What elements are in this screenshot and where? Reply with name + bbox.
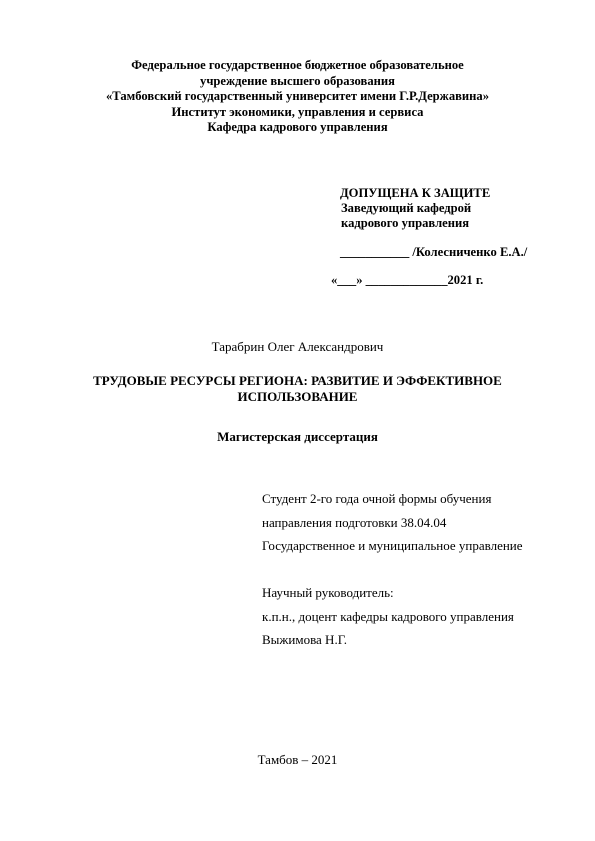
thesis-type: Магистерская диссертация — [0, 429, 595, 445]
student-info-line2: направления подготовки 38.04.04 — [262, 511, 523, 535]
header-line-federal: Федеральное государственное бюджетное об… — [0, 58, 595, 74]
supervisor-name: Выжимова Н.Г. — [262, 628, 523, 652]
thesis-title-line2: ИСПОЛЬЗОВАНИЕ — [0, 389, 595, 405]
approval-signature-line: ___________ /Колесниченко Е.А./ — [340, 245, 527, 260]
institution-header: Федеральное государственное бюджетное об… — [0, 58, 595, 136]
student-supervisor-info: Студент 2-го года очной формы обучения н… — [262, 487, 523, 652]
supervisor-label: Научный руководитель: — [262, 581, 523, 605]
spacer — [262, 558, 523, 582]
thesis-title: ТРУДОВЫЕ РЕСУРСЫ РЕГИОНА: РАЗВИТИЕ И ЭФФ… — [0, 373, 595, 405]
city-year: Тамбов – 2021 — [0, 752, 595, 768]
approval-block: ДОПУЩЕНА К ЗАЩИТЕ Заведующий кафедрой ка… — [340, 186, 490, 231]
thesis-title-line1: ТРУДОВЫЕ РЕСУРСЫ РЕГИОНА: РАЗВИТИЕ И ЭФФ… — [0, 373, 595, 389]
approval-position-line1: Заведующий кафедрой — [340, 201, 490, 216]
author-name: Тарабрин Олег Александрович — [0, 339, 595, 355]
header-line-institution-type: учреждение высшего образования — [0, 74, 595, 90]
approval-date-line: «___» _____________2021 г. — [331, 273, 483, 288]
header-line-department: Кафедра кадрового управления — [0, 120, 595, 136]
approval-position-line2: кадрового управления — [340, 216, 490, 231]
header-line-university: «Тамбовский государственный университет … — [0, 89, 595, 105]
supervisor-title: к.п.н., доцент кафедры кадрового управле… — [262, 605, 523, 629]
approval-heading: ДОПУЩЕНА К ЗАЩИТЕ — [340, 186, 490, 201]
student-info-line1: Студент 2-го года очной формы обучения — [262, 487, 523, 511]
student-info-line3: Государственное и муниципальное управлен… — [262, 534, 523, 558]
header-line-institute: Институт экономики, управления и сервиса — [0, 105, 595, 121]
